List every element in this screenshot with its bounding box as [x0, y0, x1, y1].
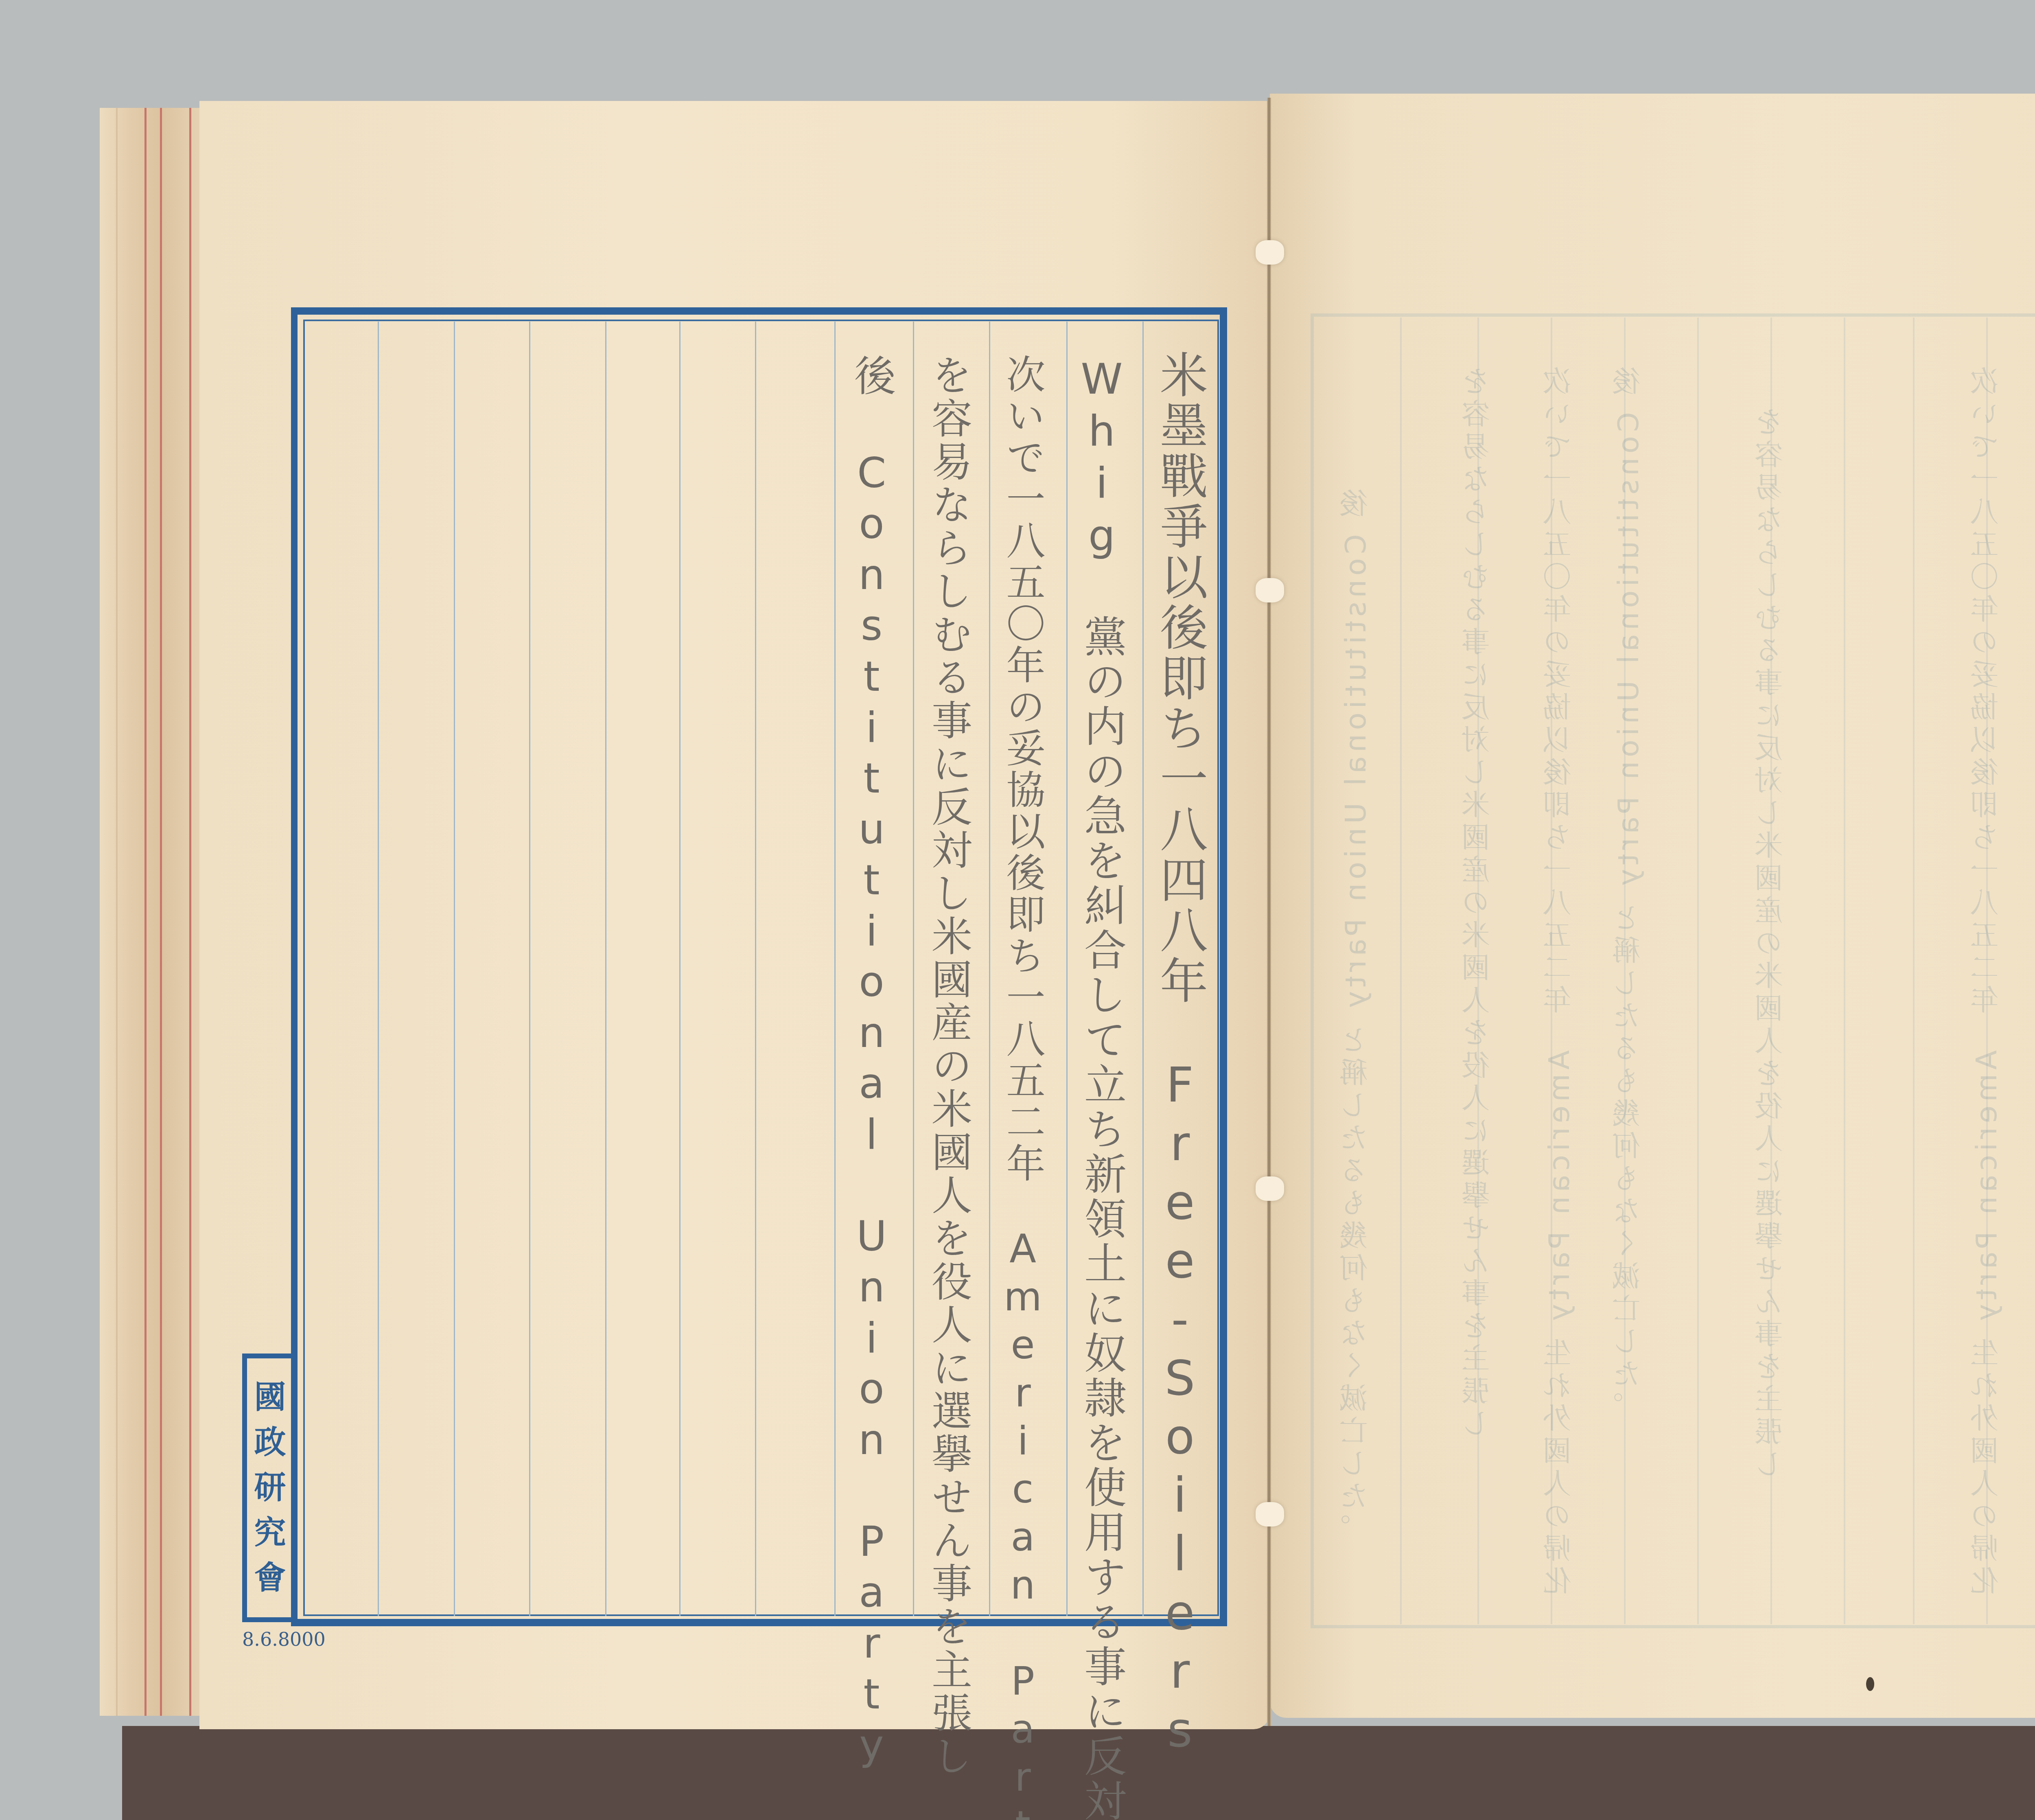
print-code: 8.6.8000 — [242, 1628, 326, 1650]
ink-spot — [1866, 1677, 1874, 1691]
bleed-through-rule — [1913, 318, 1915, 1624]
binding-hole — [1256, 1176, 1284, 1201]
bleed-through-text: 次いで一八五〇年の妥協以後即ち一八五二年 American Party 生れ外國… — [1966, 366, 2007, 1599]
publisher-char: 政 — [254, 1427, 286, 1459]
handwritten-column-1: 米墨戰爭以後即ち一八四八年 Free-Soilers と稱する團体生じ Demo… — [1156, 350, 1204, 1571]
column-rule — [605, 322, 606, 1616]
gutter — [1267, 98, 1271, 1726]
edge-red-line — [160, 108, 162, 1716]
edge-line — [116, 108, 118, 1716]
column-rule — [679, 322, 681, 1616]
bleed-through-text: 後 Constitutional Union Party と稱したるも幾何もなく… — [1335, 488, 1376, 1546]
publisher-char: 國 — [254, 1382, 286, 1413]
column-rule — [755, 322, 756, 1616]
column-rule — [989, 322, 990, 1616]
handwritten-column-3: 次いで一八五〇年の妥協以後即ち一八五二年 American Party 生れ外國… — [1003, 354, 1042, 1575]
column-rule — [1142, 322, 1144, 1616]
column-rule — [454, 322, 455, 1616]
edge-red-line — [144, 108, 147, 1716]
handwritten-column-4: を容易ならしむる事に反対し米國産の米國人を役人に選擧せん事を主張し — [928, 354, 969, 1575]
publisher-char: 會 — [254, 1562, 286, 1594]
bleed-through-frame — [1311, 313, 2035, 1628]
bleed-through-text: 後 Constitutional Union Party と稱したるも幾何もなく… — [1608, 366, 1649, 1424]
column-rule — [1066, 322, 1068, 1616]
column-rule — [378, 322, 379, 1616]
bleed-through-rule — [1697, 318, 1699, 1624]
edge-red-line — [189, 108, 191, 1716]
binding-hole — [1256, 578, 1284, 602]
handwritten-column-2: Whig 黨の内の急を糾合して立ち新領土に奴隷を使用する事に反対した — [1081, 354, 1123, 1575]
publisher-mark: 國 政 研 究 會 — [242, 1354, 293, 1622]
publisher-char: 研 — [254, 1472, 286, 1504]
left-page-edges — [100, 108, 201, 1716]
column-rule — [913, 322, 914, 1616]
bleed-through-rule — [1400, 318, 1402, 1624]
bleed-through-text: を容易ならしむる事に反対し米國産の米國人を役人に選擧せん事を主張し — [1457, 366, 1498, 1441]
bleed-through-rule — [1844, 318, 1845, 1624]
column-rule — [529, 322, 530, 1616]
bleed-through-text: を容易ならしむる事に反対し米國産の米國人を役人に選擧せん事を主張し — [1750, 407, 1791, 1482]
binding-hole — [1256, 240, 1284, 265]
column-rule — [834, 322, 836, 1616]
handwritten-column-5: 後 Constitutional Union Party と稱したるも幾何もなく… — [851, 354, 892, 1575]
bleed-through-text: 次いで一八五〇年の妥協以後即ち一八五二年 American Party 生れ外國… — [1538, 366, 1580, 1599]
binding-hole — [1256, 1502, 1284, 1527]
publisher-char: 究 — [254, 1517, 286, 1549]
